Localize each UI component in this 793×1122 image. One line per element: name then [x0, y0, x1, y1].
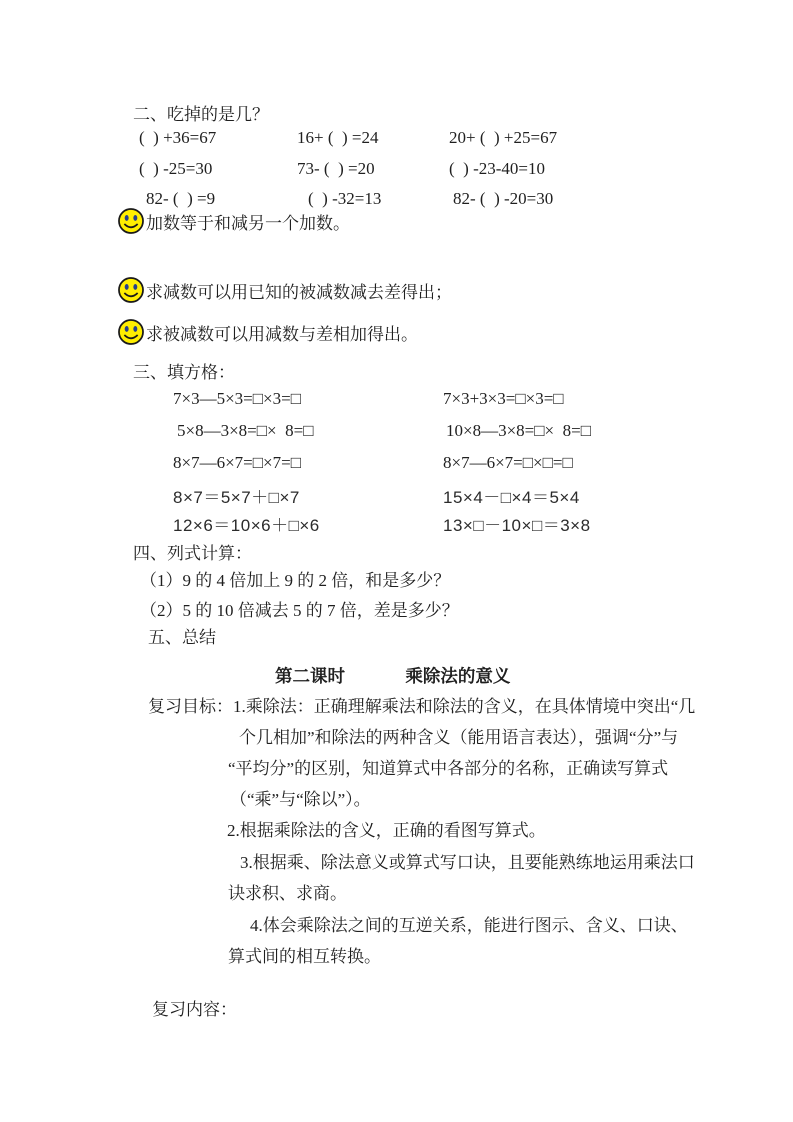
fill-equation: 13×□－10×□＝3×8 [443, 511, 591, 536]
equation-row: ( ) -25=30 73- ( ) =20 ( ) -23-40=10 [0, 159, 793, 183]
goal-line: 3.根据乘、除法意义或算式写口诀，且要能熟练地运用乘法口 [240, 848, 695, 873]
fill-equation: 8×7＝5×7＋□×7 [173, 483, 300, 508]
section-five-heading: 五、总结 [148, 623, 216, 648]
equation-row: ( ) +36=67 16+ ( ) =24 20+ ( ) +25=67 [0, 128, 793, 152]
note-text: 求被减数可以用减数与差相加得出。 [146, 320, 418, 345]
fill-equation: 12×6＝10×6＋□×6 [173, 511, 320, 536]
fill-equation: 5×8—3×8=□× 8=□ [177, 421, 313, 441]
section-two-heading: 二、吃掉的是几？ [133, 100, 269, 125]
smiley-icon [117, 318, 145, 346]
goal-line: 2.根据乘除法的含义，正确的看图写算式。 [227, 816, 546, 841]
fill-row: 5×8—3×8=□× 8=□ 10×8—3×8=□× 8=□ [0, 421, 793, 447]
equation: ( ) -25=30 [139, 159, 212, 179]
smiley-icon [117, 207, 145, 235]
goal-line: 个几相加”和除法的两种含义（能用语言表达），强调“分”与 [239, 723, 678, 748]
goal-line: （“乘”与“除以”）。 [230, 785, 371, 810]
note-text: 加数等于和减另一个加数。 [146, 209, 350, 234]
section-three-heading: 三、填方格： [133, 358, 235, 383]
smiley-icon [117, 276, 145, 304]
note-line: 求减数可以用已知的被减数减去差得出； [117, 276, 452, 304]
fill-row: 12×6＝10×6＋□×6 13×□－10×□＝3×8 [0, 511, 793, 537]
equation: ( ) +36=67 [139, 128, 216, 148]
fill-equation: 8×7—6×7=□×□=□ [443, 453, 573, 473]
fill-equation: 15×4－□×4＝5×4 [443, 483, 580, 508]
fill-row: 7×3—5×3=□×3=□ 7×3+3×3=□×3=□ [0, 389, 793, 415]
equation: 16+ ( ) =24 [297, 128, 379, 148]
equation: 20+ ( ) +25=67 [449, 128, 557, 148]
equation: ( ) -23-40=10 [449, 159, 545, 179]
note-line: 加数等于和减另一个加数。 [117, 207, 350, 235]
word-problem-1: （1）9 的 4 倍加上 9 的 2 倍，和是多少？ [140, 566, 450, 591]
equation: 73- ( ) =20 [297, 159, 375, 179]
fill-row: 8×7—6×7=□×7=□ 8×7—6×7=□×□=□ [0, 453, 793, 479]
fill-equation: 7×3+3×3=□×3=□ [443, 389, 564, 409]
fill-equation: 10×8—3×8=□× 8=□ [446, 421, 591, 441]
goal-line: 4.体会乘除法之间的互逆关系，能进行图示、含义、口诀、 [250, 911, 688, 936]
section-four-heading: 四、列式计算： [133, 539, 252, 564]
goal-line: 复习目标：1.乘除法：正确理解乘法和除法的含义，在具体情境中突出“几 [148, 692, 695, 717]
review-content-label: 复习内容： [152, 995, 237, 1020]
note-text: 求减数可以用已知的被减数减去差得出； [146, 278, 452, 303]
lesson-period-label: 第二课时 [275, 666, 345, 686]
goal-line: 算式间的相互转换。 [228, 942, 381, 967]
fill-equation: 7×3—5×3=□×3=□ [173, 389, 301, 409]
note-line: 求被减数可以用减数与差相加得出。 [117, 318, 418, 346]
worksheet-page: 二、吃掉的是几？ ( ) +36=67 16+ ( ) =24 20+ ( ) … [0, 0, 793, 1122]
lesson-topic-label: 乘除法的意义 [405, 666, 510, 686]
fill-equation: 8×7—6×7=□×7=□ [173, 453, 301, 473]
fill-row: 8×7＝5×7＋□×7 15×4－□×4＝5×4 [0, 483, 793, 509]
goal-line: 诀求积、求商。 [228, 879, 347, 904]
goal-line: “平均分”的区别，知道算式中各部分的名称，正确读写算式 [228, 754, 668, 779]
lesson-title: 第二课时 乘除法的意义 [275, 663, 510, 688]
equation: ( ) -32=13 [308, 189, 381, 209]
word-problem-2: （2）5 的 10 倍减去 5 的 7 倍，差是多少？ [140, 596, 459, 621]
equation: 82- ( ) -20=30 [453, 189, 553, 209]
equation: 82- ( ) =9 [146, 189, 215, 209]
